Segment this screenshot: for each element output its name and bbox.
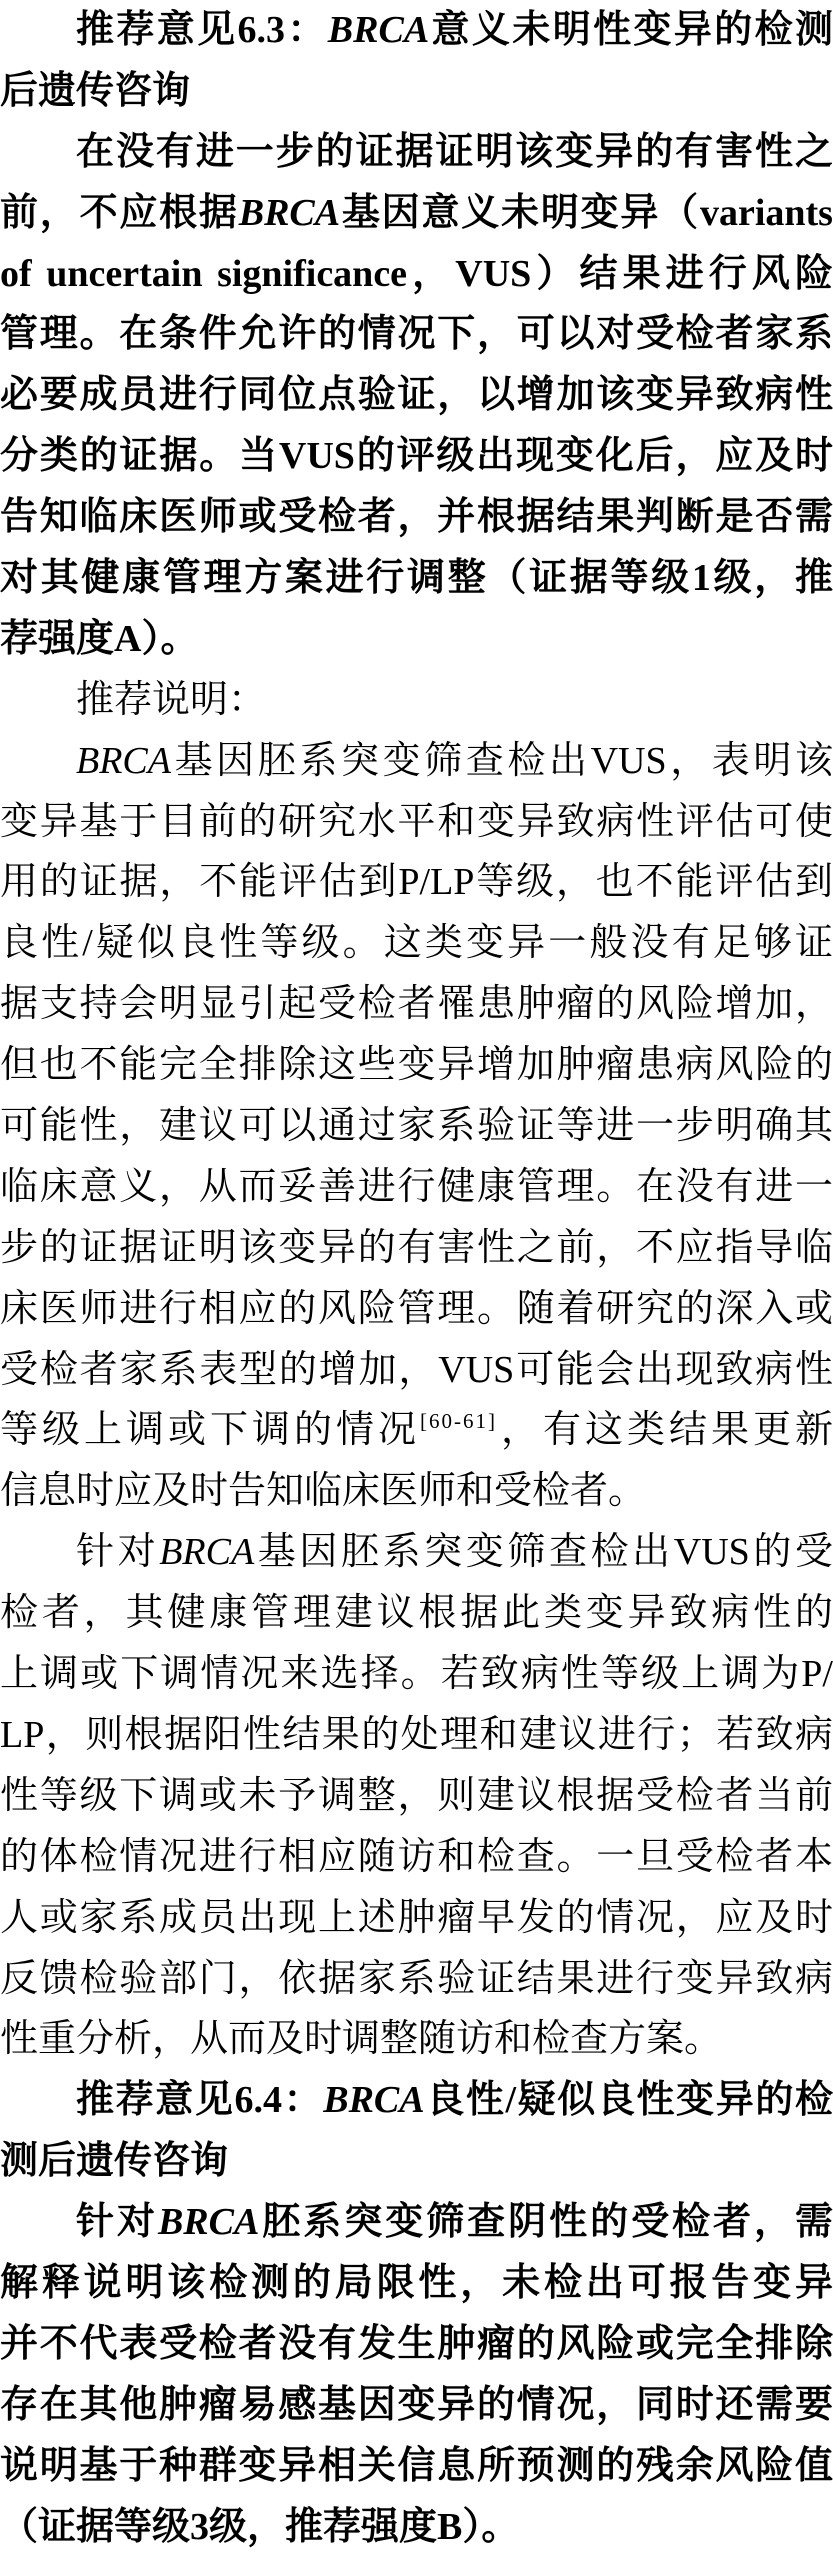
text-line: 存在其他肿瘤易感基因变异的情况，同时还需要 <box>0 2375 833 2436</box>
text-line: 推荐意见6.4：BRCA良性/疑似良性变异的检 <box>0 2070 833 2131</box>
text-line: 良性/疑似良性等级。这类变异一般没有足够证 <box>0 913 833 974</box>
text-segment: 性等级下调或未予调整，则建议根据受检者当前 <box>0 1775 833 1817</box>
text-line: 变异基于目前的研究水平和变异致病性评估可使 <box>0 792 833 853</box>
text-line: 性重分析，从而及时调整随访和检查方案。 <box>0 2009 833 2070</box>
document-page: 推荐意见6.3：BRCA意义未明性变异的检测后遗传咨询在没有进一步的证据证明该变… <box>0 0 833 2558</box>
text-segment: 胚系突变筛查阴性的受检者，需 <box>259 2201 833 2243</box>
text-line: 荐强度A）。 <box>0 609 833 670</box>
text-segment: 前，不应根据 <box>0 192 239 234</box>
text-segment: 上调或下调情况来选择。若致病性等级上调为P/ <box>0 1653 833 1695</box>
text-line: 但也不能完全排除这些变异增加肿瘤患病风险的 <box>0 1035 833 1096</box>
text-segment: 变异基于目前的研究水平和变异致病性评估可使 <box>0 801 833 843</box>
gene-symbol-italic: BRCA <box>76 740 171 782</box>
text-line: 前，不应根据BRCA基因意义未明变异（variants <box>0 183 833 244</box>
text-segment: 临床意义，从而妥善进行健康管理。在没有进一 <box>0 1166 833 1208</box>
text-line: 反馈检验部门，依据家系验证结果进行变异致病 <box>0 1949 833 2010</box>
text-segment: ，有这类结果更新 <box>497 1409 833 1451</box>
text-line: 步的证据证明该变异的有害性之前，不应指导临 <box>0 1218 833 1279</box>
recommendation-6-3-heading: 推荐意见6.3：BRCA意义未明性变异的检测后遗传咨询 <box>0 0 833 122</box>
text-segment: 解释说明该检测的局限性，未检出可报告变异 <box>0 2262 833 2304</box>
text-segment: 床医师进行相应的风险管理。随着研究的深入或 <box>0 1288 833 1330</box>
text-line: 测后遗传咨询 <box>0 2131 833 2192</box>
gene-symbol-italic: BRCA <box>328 9 429 51</box>
text-line: 临床意义，从而妥善进行健康管理。在没有进一 <box>0 1157 833 1218</box>
text-line: 床医师进行相应的风险管理。随着研究的深入或 <box>0 1279 833 1340</box>
text-line: BRCA基因胚系突变筛查检出VUS，表明该 <box>0 731 833 792</box>
text-segment: 步的证据证明该变异的有害性之前，不应指导临 <box>0 1227 833 1269</box>
text-line: 必要成员进行同位点验证，以增加该变异致病性 <box>0 365 833 426</box>
text-segment: 性重分析，从而及时调整随访和检查方案。 <box>0 2018 722 2060</box>
citation-superscript: [60-61] <box>420 1409 497 1433</box>
text-segment: 针对 <box>76 2201 158 2243</box>
text-segment: 并不代表受检者没有发生肿瘤的风险或完全排除 <box>0 2323 833 2365</box>
text-segment: 基因胚系突变筛查检出VUS的受 <box>254 1531 833 1573</box>
text-segment: LP，则根据阳性结果的处理和建议进行；若致病 <box>0 1714 833 1756</box>
text-segment: 据支持会明显引起受检者罹患肿瘤的风险增加， <box>0 983 833 1025</box>
text-segment: 推荐意见6.4： <box>76 2079 323 2121</box>
text-segment: 人或家系成员出现上述肿瘤早发的情况，应及时 <box>0 1897 833 1939</box>
text-line: 受检者家系表型的增加，VUS可能会出现致病性 <box>0 1340 833 1401</box>
text-line: 后遗传咨询 <box>0 61 833 122</box>
text-line: 可能性，建议可以通过家系验证等进一步明确其 <box>0 1096 833 1157</box>
text-segment: 测后遗传咨询 <box>0 2140 228 2182</box>
text-line: 等级上调或下调的情况[60-61]，有这类结果更新 <box>0 1400 833 1461</box>
gene-symbol-italic: BRCA <box>158 2201 259 2243</box>
text-line: 据支持会明显引起受检者罹患肿瘤的风险增加， <box>0 974 833 1035</box>
text-line: 并不代表受检者没有发生肿瘤的风险或完全排除 <box>0 2314 833 2375</box>
text-segment: 反馈检验部门，依据家系验证结果进行变异致病 <box>0 1958 833 2000</box>
explanation-paragraph-2: 针对BRCA基因胚系突变筛查检出VUS的受检者，其健康管理建议根据此类变异致病性… <box>0 1522 833 2070</box>
text-segment: 等级上调或下调的情况 <box>0 1409 420 1451</box>
text-segment: 后遗传咨询 <box>0 70 190 112</box>
text-segment: 管理。在条件允许的情况下，可以对受检者家系 <box>0 313 833 355</box>
gene-symbol-italic: BRCA <box>159 1531 254 1573</box>
text-line: 用的证据，不能评估到P/LP等级，也不能评估到 <box>0 852 833 913</box>
gene-symbol-italic: BRCA <box>239 192 340 234</box>
document-body: 推荐意见6.3：BRCA意义未明性变异的检测后遗传咨询在没有进一步的证据证明该变… <box>0 0 833 2557</box>
text-segment: of uncertain significance，VUS）结果进行风险 <box>0 253 833 295</box>
text-line: 针对BRCA胚系突变筛查阴性的受检者，需 <box>0 2192 833 2253</box>
text-segment: 推荐意见6.3： <box>76 9 328 51</box>
text-segment: 对其健康管理方案进行调整（证据等级1级，推 <box>0 557 833 599</box>
text-line: 信息时应及时告知临床医师和受检者。 <box>0 1461 833 1522</box>
explanation-paragraph-1: BRCA基因胚系突变筛查检出VUS，表明该变异基于目前的研究水平和变异致病性评估… <box>0 731 833 1523</box>
text-segment: 用的证据，不能评估到P/LP等级，也不能评估到 <box>0 861 833 903</box>
text-line: 的体检情况进行相应随访和检查。一旦受检者本 <box>0 1827 833 1888</box>
text-segment: 说明基于种群变异相关信息所预测的残余风险值 <box>0 2445 833 2487</box>
text-line: of uncertain significance，VUS）结果进行风险 <box>0 244 833 305</box>
text-segment: 告知临床医师或受检者，并根据结果判断是否需 <box>0 496 833 538</box>
text-line: 在没有进一步的证据证明该变异的有害性之 <box>0 122 833 183</box>
text-segment: 推荐说明： <box>76 679 266 721</box>
text-line: 解释说明该检测的局限性，未检出可报告变异 <box>0 2253 833 2314</box>
text-segment: 的体检情况进行相应随访和检查。一旦受检者本 <box>0 1836 833 1878</box>
explanation-label: 推荐说明： <box>0 670 833 731</box>
text-segment: 检者，其健康管理建议根据此类变异致病性的 <box>0 1592 833 1634</box>
recommendation-6-4-heading: 推荐意见6.4：BRCA良性/疑似良性变异的检测后遗传咨询 <box>0 2070 833 2192</box>
text-line: LP，则根据阳性结果的处理和建议进行；若致病 <box>0 1705 833 1766</box>
text-line: 告知临床医师或受检者，并根据结果判断是否需 <box>0 487 833 548</box>
text-line: 上调或下调情况来选择。若致病性等级上调为P/ <box>0 1644 833 1705</box>
text-segment: 但也不能完全排除这些变异增加肿瘤患病风险的 <box>0 1044 833 1086</box>
text-segment: 可能性，建议可以通过家系验证等进一步明确其 <box>0 1105 833 1147</box>
text-segment: 针对 <box>76 1531 159 1573</box>
text-line: 说明基于种群变异相关信息所预测的残余风险值 <box>0 2436 833 2497</box>
text-segment: 存在其他肿瘤易感基因变异的情况，同时还需要 <box>0 2384 833 2426</box>
text-line: 分类的证据。当VUS的评级出现变化后，应及时 <box>0 426 833 487</box>
text-segment: 受检者家系表型的增加，VUS可能会出现致病性 <box>0 1349 833 1391</box>
text-segment: （证据等级3级，推荐强度B）。 <box>0 2506 519 2548</box>
text-segment: 分类的证据。当VUS的评级出现变化后，应及时 <box>0 435 833 477</box>
text-line: 人或家系成员出现上述肿瘤早发的情况，应及时 <box>0 1888 833 1949</box>
gene-symbol-italic: BRCA <box>323 2079 424 2121</box>
text-line: 检者，其健康管理建议根据此类变异致病性的 <box>0 1583 833 1644</box>
text-segment: 必要成员进行同位点验证，以增加该变异致病性 <box>0 374 833 416</box>
text-segment: 荐强度A）。 <box>0 618 198 660</box>
text-segment: 基因意义未明变异（variants <box>340 192 833 234</box>
recommendation-6-4-body: 针对BRCA胚系突变筛查阴性的受检者，需解释说明该检测的局限性，未检出可报告变异… <box>0 2192 833 2557</box>
text-line: （证据等级3级，推荐强度B）。 <box>0 2497 833 2558</box>
text-line: 推荐说明： <box>0 670 833 731</box>
text-segment: 良性/疑似良性等级。这类变异一般没有足够证 <box>0 922 833 964</box>
text-segment: 良性/疑似良性变异的检 <box>425 2079 833 2121</box>
text-line: 推荐意见6.3：BRCA意义未明性变异的检测 <box>0 0 833 61</box>
text-segment: 信息时应及时告知临床医师和受检者。 <box>0 1470 646 1512</box>
text-segment: 在没有进一步的证据证明该变异的有害性之 <box>76 131 833 173</box>
recommendation-6-3-body: 在没有进一步的证据证明该变异的有害性之前，不应根据BRCA基因意义未明变异（va… <box>0 122 833 670</box>
text-line: 针对BRCA基因胚系突变筛查检出VUS的受 <box>0 1522 833 1583</box>
text-segment: 基因胚系突变筛查检出VUS，表明该 <box>171 740 833 782</box>
text-segment: 意义未明性变异的检测 <box>429 9 833 51</box>
text-line: 性等级下调或未予调整，则建议根据受检者当前 <box>0 1766 833 1827</box>
text-line: 管理。在条件允许的情况下，可以对受检者家系 <box>0 304 833 365</box>
text-line: 对其健康管理方案进行调整（证据等级1级，推 <box>0 548 833 609</box>
